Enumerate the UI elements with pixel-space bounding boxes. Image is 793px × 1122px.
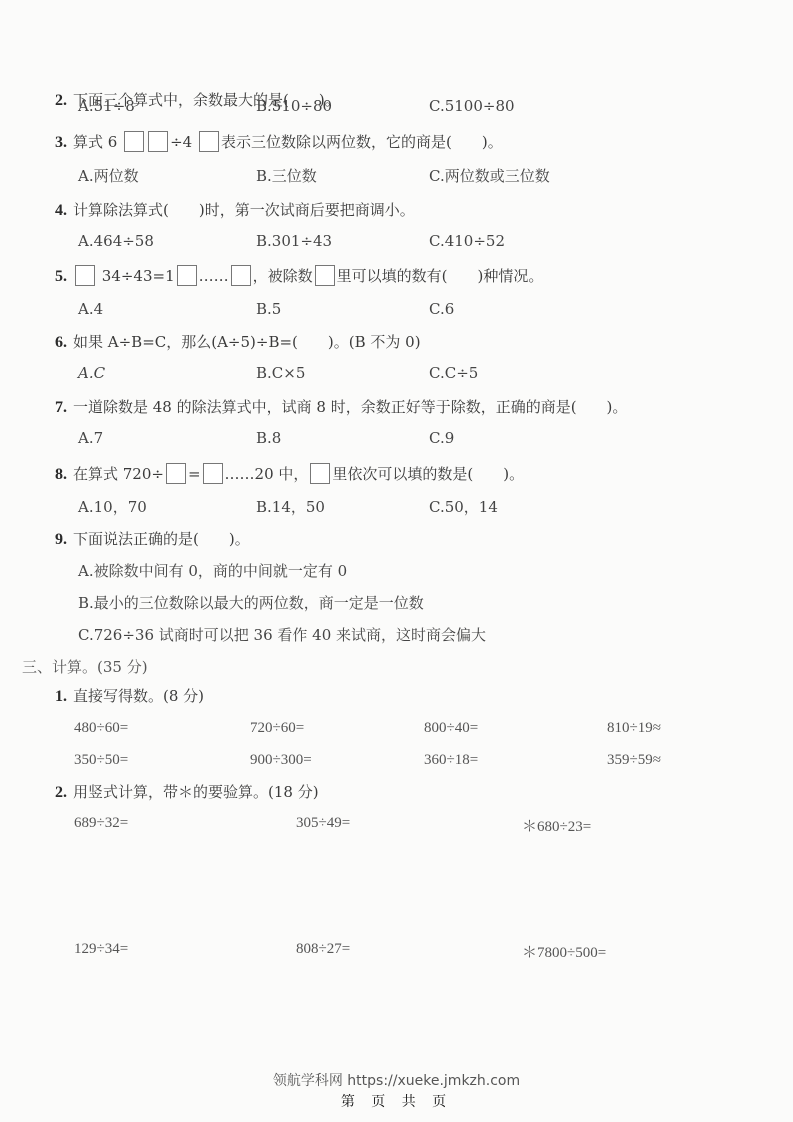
mental-calc-item: 360÷18=: [424, 752, 478, 769]
blank-box: [124, 131, 144, 152]
question-6: 6.如果 A÷B=C，那么(A÷5)÷B=( )。(B 不为 0): [55, 332, 421, 353]
question-3: 3.算式 6 ÷4 表示三位数除以两位数，它的商是( )。: [55, 131, 503, 153]
blank-box: [199, 131, 219, 152]
vertical-calc-item: 129÷34=: [74, 941, 128, 958]
q8-option-c: C.50，14: [429, 497, 498, 517]
question-4: 4.计算除法算式( )时，第一次试商后要把商调小。: [55, 200, 415, 221]
q3-option-c: C.两位数或三位数: [429, 166, 550, 186]
q3-option-b: B.三位数: [256, 166, 317, 186]
mental-calc-item: 359÷59≈: [607, 752, 661, 769]
vertical-calc-item: 689÷32=: [74, 815, 128, 832]
mental-calc-item: 800÷40=: [424, 720, 478, 737]
section-title: 三、计算。(35 分): [22, 656, 148, 677]
question-5: 5. 34÷43=1……，被除数里可以填的数有( )种情况。: [55, 265, 543, 287]
q4-option-c: C.410÷52: [429, 231, 505, 251]
mental-calc-item: 900÷300=: [250, 752, 312, 769]
q8-option-a: A.10，70: [78, 497, 147, 517]
mental-calc-item: 350÷50=: [74, 752, 128, 769]
blank-box: [166, 463, 186, 484]
question-9: 9.下面说法正确的是( )。: [55, 529, 250, 550]
mental-calc-item: 810÷19≈: [607, 720, 661, 737]
q6-option-b: B.C×5: [256, 363, 305, 383]
q5-option-b: B.5: [256, 299, 281, 319]
blank-box: [231, 265, 251, 286]
calc-part-2-title: 2.用竖式计算，带＊的要验算。(18 分): [55, 782, 319, 803]
calc-part-1-title: 1.直接写得数。(8 分): [55, 686, 204, 707]
q9-option-a: A.被除数中间有 0，商的中间就一定有 0: [78, 561, 347, 581]
vertical-calc-item: ＊7800÷500=: [522, 941, 606, 962]
q5-option-a: A.4: [78, 299, 103, 319]
q9-option-c: C.726÷36 试商时可以把 36 看作 40 来试商，这时商会偏大: [78, 625, 486, 645]
blank-box: [75, 265, 95, 286]
blank-box: [310, 463, 330, 484]
vertical-calc-item: ＊680÷23=: [522, 815, 591, 836]
footer-page-number: 第 页 共 页: [0, 1091, 793, 1111]
blank-box: [177, 265, 197, 286]
footer-site-text: 领航学科网 https://xueke.jmkzh.com: [0, 1070, 793, 1090]
q7-option-a: A.7: [78, 428, 103, 448]
mental-calc-item: 720÷60=: [250, 720, 304, 737]
vertical-calc-item: 305÷49=: [296, 815, 350, 832]
q2-option-b: B.510÷80: [256, 96, 332, 116]
q3-option-a: A.两位数: [78, 166, 139, 186]
q2-option-c: C.5100÷80: [429, 96, 515, 116]
q9-option-b: B.最小的三位数除以最大的两位数，商一定是一位数: [78, 593, 424, 613]
q4-option-a: A.464÷58: [78, 231, 154, 251]
question-7: 7.一道除数是 48 的除法算式中，试商 8 时，余数正好等于除数，正确的商是(…: [55, 397, 627, 418]
vertical-calc-item: 808÷27=: [296, 941, 350, 958]
q7-option-c: C.9: [429, 428, 454, 448]
q7-option-b: B.8: [256, 428, 281, 448]
q4-option-b: B.301÷43: [256, 231, 332, 251]
q6-option-c: C.C÷5: [429, 363, 478, 383]
blank-box: [315, 265, 335, 286]
blank-box: [148, 131, 168, 152]
q8-option-b: B.14，50: [256, 497, 325, 517]
blank-box: [203, 463, 223, 484]
mental-calc-item: 480÷60=: [74, 720, 128, 737]
q2-option-a: A.51÷8: [78, 96, 135, 116]
question-8: 8.在算式 720÷=……20 中，里依次可以填的数是( )。: [55, 463, 524, 485]
q5-option-c: C.6: [429, 299, 454, 319]
q6-option-a: A.C: [78, 363, 105, 383]
